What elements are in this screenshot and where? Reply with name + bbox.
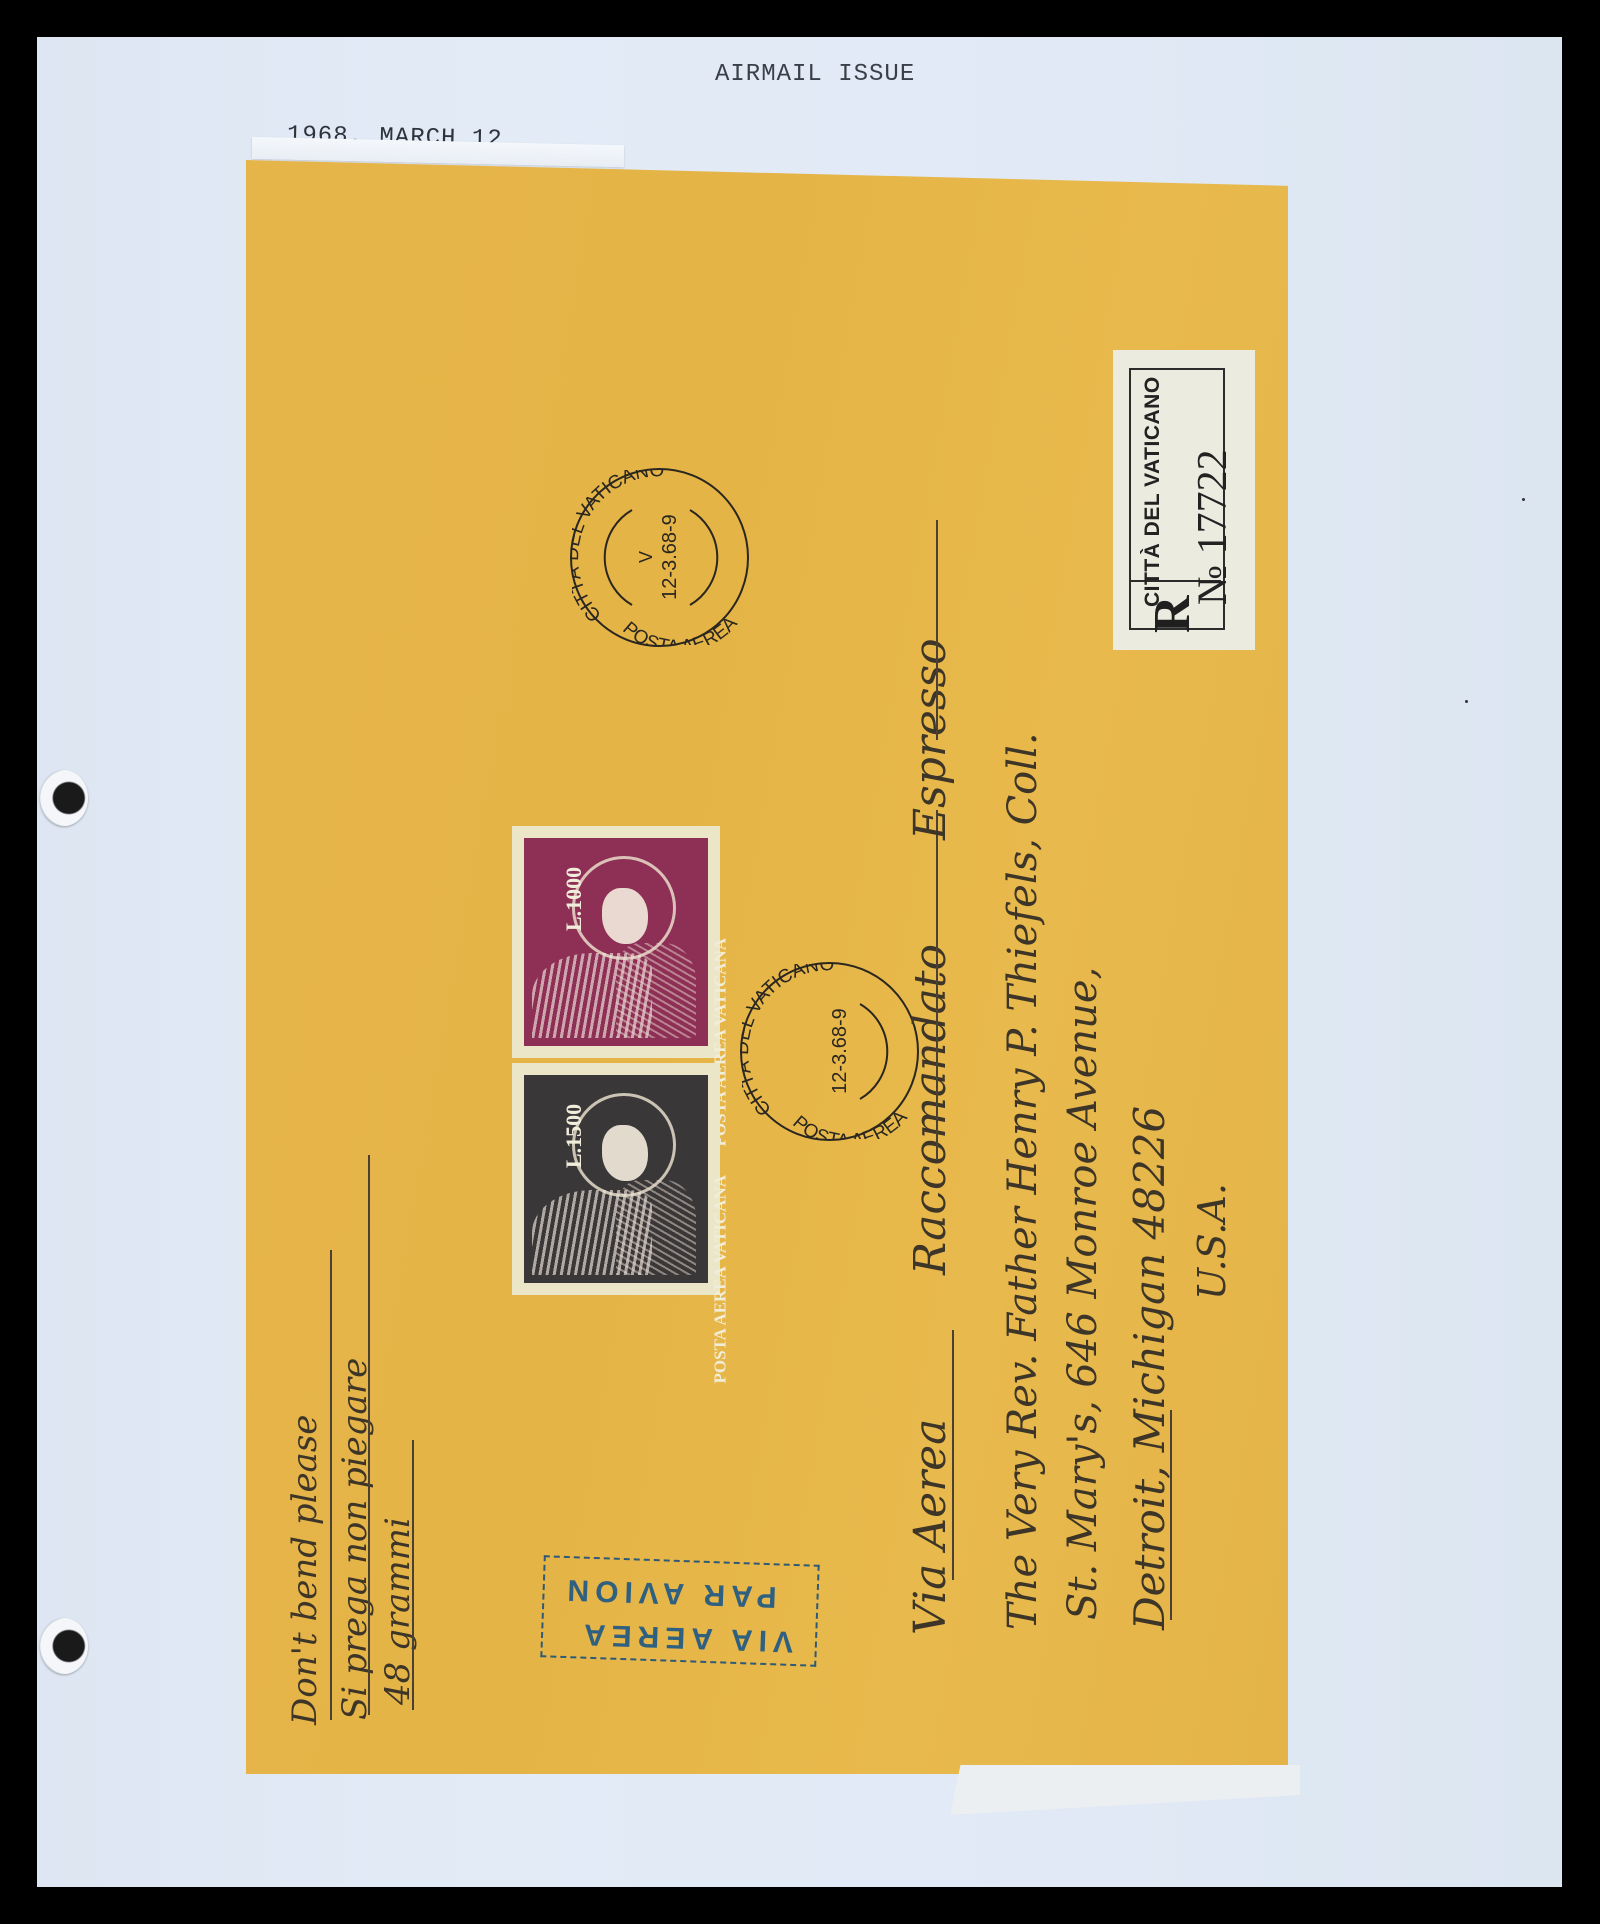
label-number: № 17722 <box>1189 449 1237 605</box>
underline <box>952 1330 954 1580</box>
label-letter-r: R <box>1143 595 1202 633</box>
handwriting-espresso: Espresso <box>905 638 956 840</box>
underline <box>330 1250 332 1720</box>
svg-text:POSTA AEREA: POSTA AEREA <box>789 1107 912 1139</box>
postmark-text-ring: CITTÀ DEL VATICANO POSTA AEREA 12-3.68-9 <box>742 964 917 1139</box>
address-line-1: The Very Rev. Father Henry P. Thiefels, … <box>1000 732 1046 1630</box>
svg-text:V: V <box>636 551 656 563</box>
postmark-text-ring: CITTÀ DEL VATICANO POSTA AEREA V 12-3.68… <box>572 470 747 645</box>
svg-text:12-3.68-9: 12-3.68-9 <box>659 514 681 600</box>
angel-robe <box>616 943 696 1038</box>
page-title: AIRMAIL ISSUE <box>715 61 915 88</box>
underline <box>1170 1410 1172 1620</box>
stamp-design: L.1500 POSTA AEREA VATICANA <box>524 1075 708 1283</box>
stamp-value: L.1500 <box>561 1104 587 1168</box>
angel-robe <box>616 1180 696 1275</box>
svg-text:12-3.68-9: 12-3.68-9 <box>829 1008 851 1094</box>
handwriting-raccomandato: Raccomandato <box>905 944 956 1275</box>
svg-text:CITTÀ DEL VATICANO: CITTÀ DEL VATICANO <box>572 470 665 626</box>
stamp-1500-lire: L.1500 POSTA AEREA VATICANA <box>512 1063 720 1295</box>
airmail-cachet: VIA AEREA PAR AVION <box>540 1555 819 1667</box>
angel-face <box>602 888 648 944</box>
stamp-value: L.1000 <box>561 867 587 931</box>
postmark-lower: CITTÀ DEL VATICANO POSTA AEREA 12-3.68-9 <box>740 962 919 1141</box>
stamp-legend: POSTA AEREA VATICANA <box>710 1175 730 1383</box>
address-line-4: U.S.A. <box>1190 1183 1234 1300</box>
underline <box>368 1155 370 1715</box>
svg-text:POSTA AEREA: POSTA AEREA <box>619 613 742 645</box>
registration-label: CITTÀ DEL VATICANO № 17722 R <box>1113 350 1255 650</box>
registration-number: 17722 <box>1190 449 1236 554</box>
cachet-via-aerea: VIA AEREA <box>577 1616 793 1657</box>
underline <box>412 1440 414 1710</box>
address-line-2: St. Mary's, 646 Monroe Avenue, <box>1060 967 1106 1620</box>
note-line-1: Don't bend please <box>285 1415 325 1725</box>
svg-text:CITTÀ DEL VATICANO: CITTÀ DEL VATICANO <box>742 964 835 1120</box>
address-line-3: Detroit, Michigan 48226 <box>1125 1106 1174 1630</box>
binder-ring-hole <box>40 1618 88 1674</box>
stamp-1000-lire: L.1000 POSTA AEREA VATICANA <box>512 826 720 1058</box>
postmark-upper: CITTÀ DEL VATICANO POSTA AEREA V 12-3.68… <box>570 468 749 647</box>
binder-ring-hole <box>40 770 88 826</box>
underline <box>936 810 938 1160</box>
speck <box>1465 700 1468 703</box>
cachet-par-avion: PAR AVION <box>561 1572 777 1613</box>
label-city: CITTÀ DEL VATICANO <box>1141 376 1165 607</box>
angel-face <box>602 1125 648 1181</box>
stamp-design: L.1000 POSTA AEREA VATICANA <box>524 838 708 1046</box>
speck <box>1522 498 1525 501</box>
handwriting-via-aerea: Via Aerea <box>905 1419 956 1635</box>
underline <box>936 520 938 740</box>
